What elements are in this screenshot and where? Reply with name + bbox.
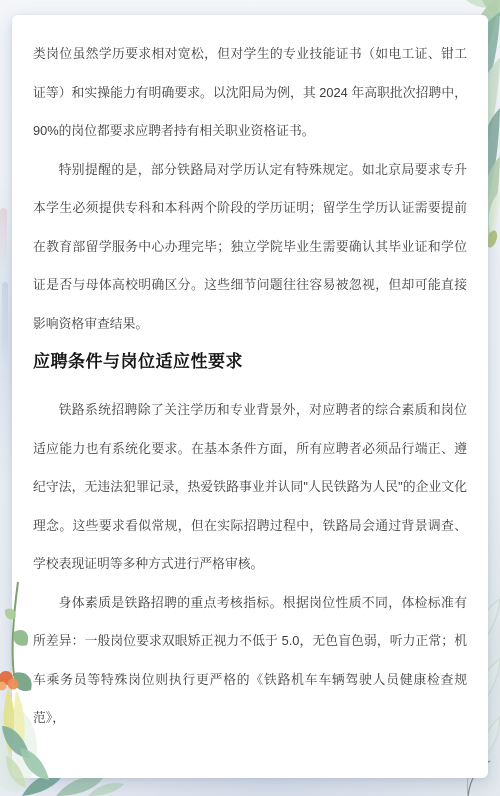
paragraph: 特别提醒的是，部分铁路局对学历认定有特殊规定。如北京局要求专升本学生必须提供专科… [33, 151, 467, 344]
page-background: { "article": { "sections": [ { "type": "… [0, 0, 500, 796]
article-card: 类岗位虽然学历要求相对宽松，但对学生的专业技能证书（如电工证、钳工证等）和实操能… [12, 15, 488, 778]
article-content: 类岗位虽然学历要求相对宽松，但对学生的专业技能证书（如电工证、钳工证等）和实操能… [12, 15, 488, 738]
paragraph: 身体素质是铁路招聘的重点考核指标。根据岗位性质不同，体检标准有所差异：一般岗位要… [33, 584, 467, 738]
watercolor-streak-blue [2, 282, 8, 372]
watercolor-streak-pink [0, 208, 7, 272]
paragraph: 类岗位虽然学历要求相对宽松，但对学生的专业技能证书（如电工证、钳工证等）和实操能… [33, 35, 467, 151]
paragraph: 铁路系统招聘除了关注学历和专业背景外，对应聘者的综合素质和岗位适应能力也有系统化… [33, 391, 467, 584]
section-heading: 应聘条件与岗位适应性要求 [33, 347, 467, 377]
